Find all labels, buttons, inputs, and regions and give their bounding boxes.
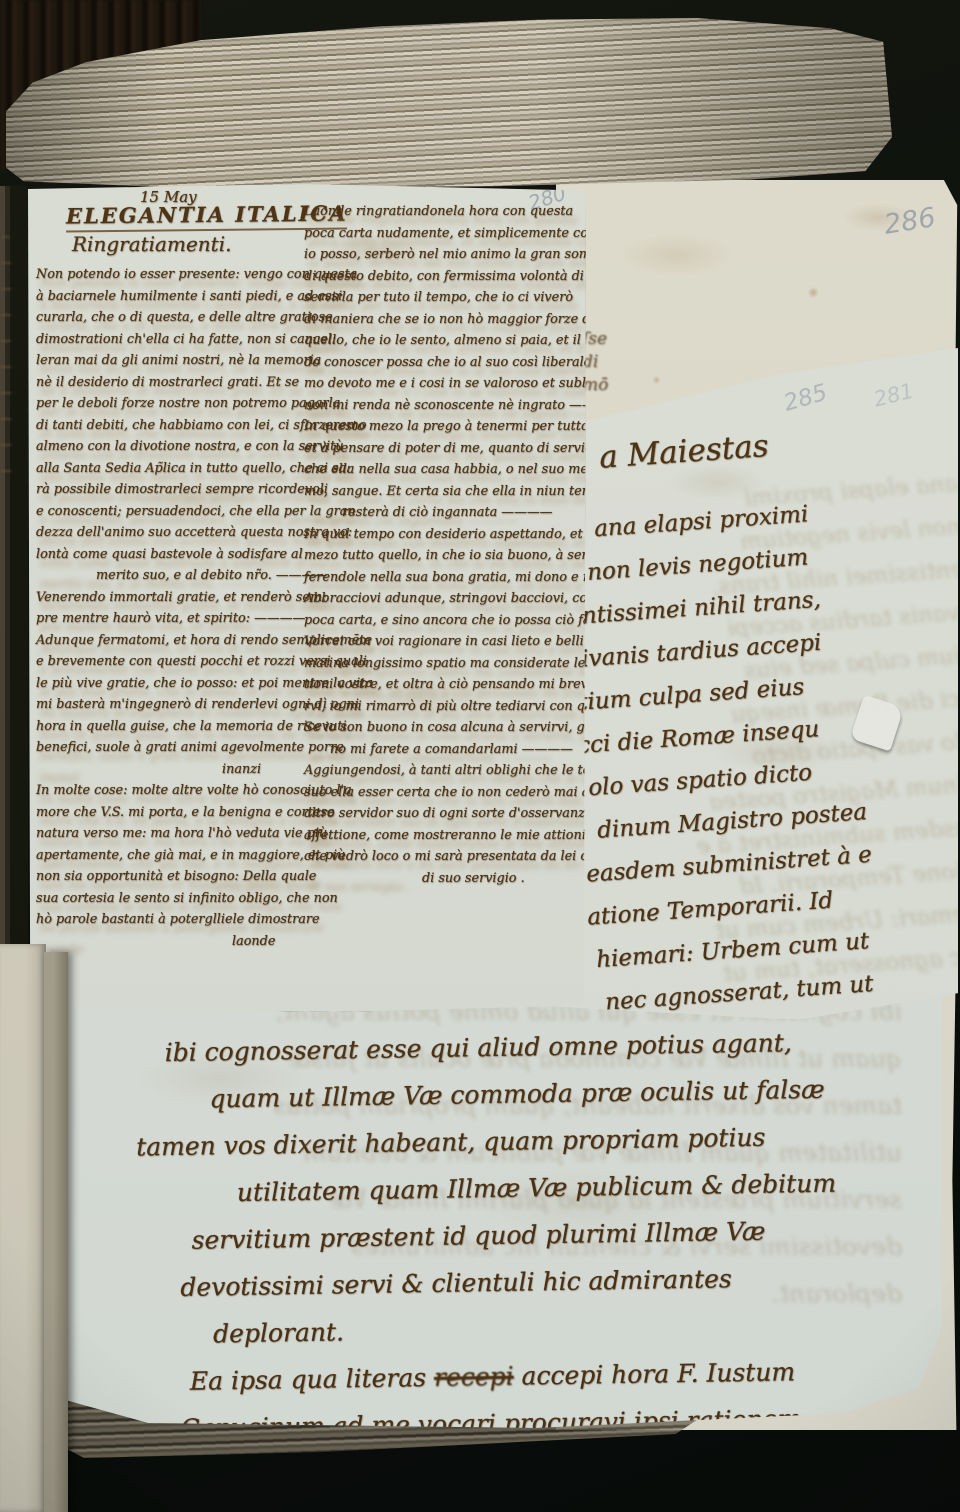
text-line: mo, sangue. Et certa sia che ella in niu… bbox=[304, 481, 584, 503]
text-line: curarla, che o di questa, e delle altre … bbox=[36, 307, 311, 329]
text-line: laonde bbox=[36, 931, 311, 953]
text-line: mezo tutto quello, in che io sia buono, … bbox=[304, 545, 584, 567]
bottom-paragraph-1: ibi cognosserat esse qui aliud omne poti… bbox=[36, 1017, 943, 1360]
text-line: di maniera che se io non hò maggior forz… bbox=[304, 309, 584, 331]
line-segment: Ea ipsa qua literas bbox=[190, 1363, 435, 1396]
text-line: Venerendo immortali gratie, et renderò s… bbox=[36, 587, 311, 609]
text-line: In questo mezo la prego à tenermi per tu… bbox=[304, 416, 584, 438]
left-folded-page bbox=[0, 944, 46, 1512]
overlay-text: ana elapsi proximinon levis negotiumenti… bbox=[549, 482, 960, 1026]
text-line: servirla per tuto il tempo, che io ci vi… bbox=[304, 287, 584, 309]
text-line: quello, che io le sento, almeno si paia,… bbox=[304, 330, 584, 352]
text-line: merito suo, e al debito nr̃o. ———— bbox=[36, 565, 311, 587]
text-line: sua cortesia le sento si infinito obligo… bbox=[36, 888, 311, 910]
text-line: e conoscenti; persuadendoci, che ella pe… bbox=[36, 501, 311, 523]
note-column-1: Non potendo io esser presente: vengo con… bbox=[36, 264, 311, 952]
text-line: inanzi bbox=[36, 759, 311, 781]
left-folded-page-roll bbox=[44, 952, 68, 1512]
text-line: poca carta, e sino ancora che io possa c… bbox=[304, 610, 584, 632]
text-line: dezza dell'animo suo accetterà questa no… bbox=[36, 522, 311, 544]
text-fragment: ſse bbox=[582, 328, 608, 351]
text-line: io posso, serberò nel mio animo la gran … bbox=[304, 244, 584, 266]
text-line: resterà di ciò ingannata ———— bbox=[304, 502, 584, 524]
text-line: Abbracciovi adunque, stringovi bacciovi,… bbox=[304, 588, 584, 610]
text-line: che vedrò loco o mi sarà presentata da l… bbox=[304, 846, 584, 868]
text-line: hò parole bastanti à poterglliele dimost… bbox=[36, 909, 311, 931]
text-line: In qual tempo con desiderio aspettando, … bbox=[304, 524, 584, 546]
text-line: non sia opportunità et bisogno: Della qu… bbox=[36, 866, 311, 888]
text-line: almeno con la divotione nostra, e con la… bbox=[36, 436, 311, 458]
page-subtitle: Ringratiamenti. bbox=[72, 232, 231, 256]
text-line: e brevemente con questi pocchi et rozzi … bbox=[36, 651, 311, 673]
overlay-page-content: 285 281 a Maiestas ana elapsi proximinon… bbox=[548, 323, 960, 1021]
text-line: Laonde ringratiandonela hora con questa bbox=[304, 201, 584, 223]
text-line: Non potendo io esser presente: vengo con… bbox=[36, 264, 311, 286]
text-line: dimostrationi ch'ella ci ha fatte, non s… bbox=[36, 329, 311, 351]
text-line: di questo debito, con fermissima volontà… bbox=[304, 266, 584, 288]
text-line: à baciarnele humilmente i santi piedi, e… bbox=[36, 286, 311, 308]
text-line: apertamente, che già mai, e in maggiore,… bbox=[36, 845, 311, 867]
text-line: mi basterà m'ingegnerò di renderlevi ogn… bbox=[36, 694, 311, 716]
overlay-heading: a Maiestas bbox=[598, 428, 770, 476]
text-line: affettione, come mostreranno le mie atti… bbox=[304, 825, 584, 847]
text-line: di suo servigio . bbox=[304, 868, 584, 890]
overlay-page: 285 281 a Maiestas ana elapsi proximinon… bbox=[556, 348, 958, 1020]
text-line: per le deboli forze nostre non potremo p… bbox=[36, 393, 311, 415]
text-line: benefici, suole à grati animi agevolment… bbox=[36, 737, 311, 759]
text-line: alla Santa Sedia Ap̃lica in tutto quello… bbox=[36, 458, 311, 480]
left-page-edge bbox=[0, 186, 28, 950]
struck-word: recepi bbox=[434, 1362, 514, 1392]
text-line: leran mai da gli animi nostri, nè la mem… bbox=[36, 350, 311, 372]
text-line: rà possibile dimostrarleci sempre ricord… bbox=[36, 479, 311, 501]
text-line: non mi renda nè sconoscente nè ingrato —… bbox=[304, 395, 584, 417]
text-line: In molte cose: molte altre volte hò cono… bbox=[36, 780, 311, 802]
text-line: suo ella esser certa che io non cederò m… bbox=[304, 782, 584, 804]
line-segment: accepi hora F. Iustum bbox=[513, 1357, 795, 1390]
page-number-overlay: 285 bbox=[781, 380, 830, 417]
text-line: more che V.S. mi porta, e la benigna e c… bbox=[36, 802, 311, 824]
page-number-overlay-b: 281 bbox=[871, 379, 916, 412]
text-line: lontà come quasi bastevole à sodisfare a… bbox=[36, 544, 311, 566]
text-line: ferendole nella sua bona gratia, mi dono… bbox=[304, 567, 584, 589]
text-line: nè il desiderio di mostrarleci grati. Et… bbox=[36, 372, 311, 394]
manuscript-photo: 286 ſsedimō ibi cognosserat esse qui ali… bbox=[0, 0, 960, 1512]
text-line: pre mentre haurò vita, et spirito: ———— bbox=[36, 608, 311, 630]
text-line: do conoscer possa che io al suo così lib… bbox=[304, 352, 584, 374]
text-line: Adunque fermatomi, et hora di rendo semp… bbox=[36, 630, 311, 652]
text-line: altro servidor suo di ogni sorte d'osser… bbox=[304, 803, 584, 825]
text-line: no mi farete a comandarlami ———— bbox=[304, 739, 584, 761]
text-line: tioni vostre, et oltra à ciò pensando mi… bbox=[304, 674, 584, 696]
text-line: Aggiungendosi, à tanti altri oblighi che… bbox=[304, 760, 584, 782]
text-line: poca carta nudamente, et simplicemente c… bbox=[304, 223, 584, 245]
text-line: hora in quella guise, che la memoria de … bbox=[36, 716, 311, 738]
text-line: le più vive gratie, che io posso: et poi… bbox=[36, 673, 311, 695]
text-line: mo devoto me e i cosi in se valoroso et … bbox=[304, 373, 584, 395]
text-line: Se io son buono in cosa alcuna à servirv… bbox=[304, 717, 584, 739]
text-line: et à pensare di poter di me, quanto di s… bbox=[304, 438, 584, 460]
note-page: 15 May ELEGANTIA ITALICA Ringratiamenti.… bbox=[28, 184, 586, 1012]
text-line: rvi, io mi rimarrò di più oltre tediarvi… bbox=[304, 696, 584, 718]
text-fragment: di bbox=[582, 351, 608, 374]
right-page-text-fragments: ſsedimō bbox=[582, 328, 608, 397]
note-column-2: Laonde ringratiandonela hora con questap… bbox=[304, 201, 584, 889]
text-line: matina longissimo spatio ma considerate … bbox=[304, 653, 584, 675]
text-line: Vorrei con voi ragionare in casi lieto e… bbox=[304, 631, 584, 653]
page-number-right: 286 bbox=[882, 202, 938, 241]
text-line: di tanti debiti, che habbiamo con lei, c… bbox=[36, 415, 311, 437]
text-line: natura verso me: ma hora l'hò veduta vie… bbox=[36, 823, 311, 845]
text-fragment: mō bbox=[582, 374, 608, 397]
text-line: che ella nella sua casa habbia, o nel su… bbox=[304, 459, 584, 481]
